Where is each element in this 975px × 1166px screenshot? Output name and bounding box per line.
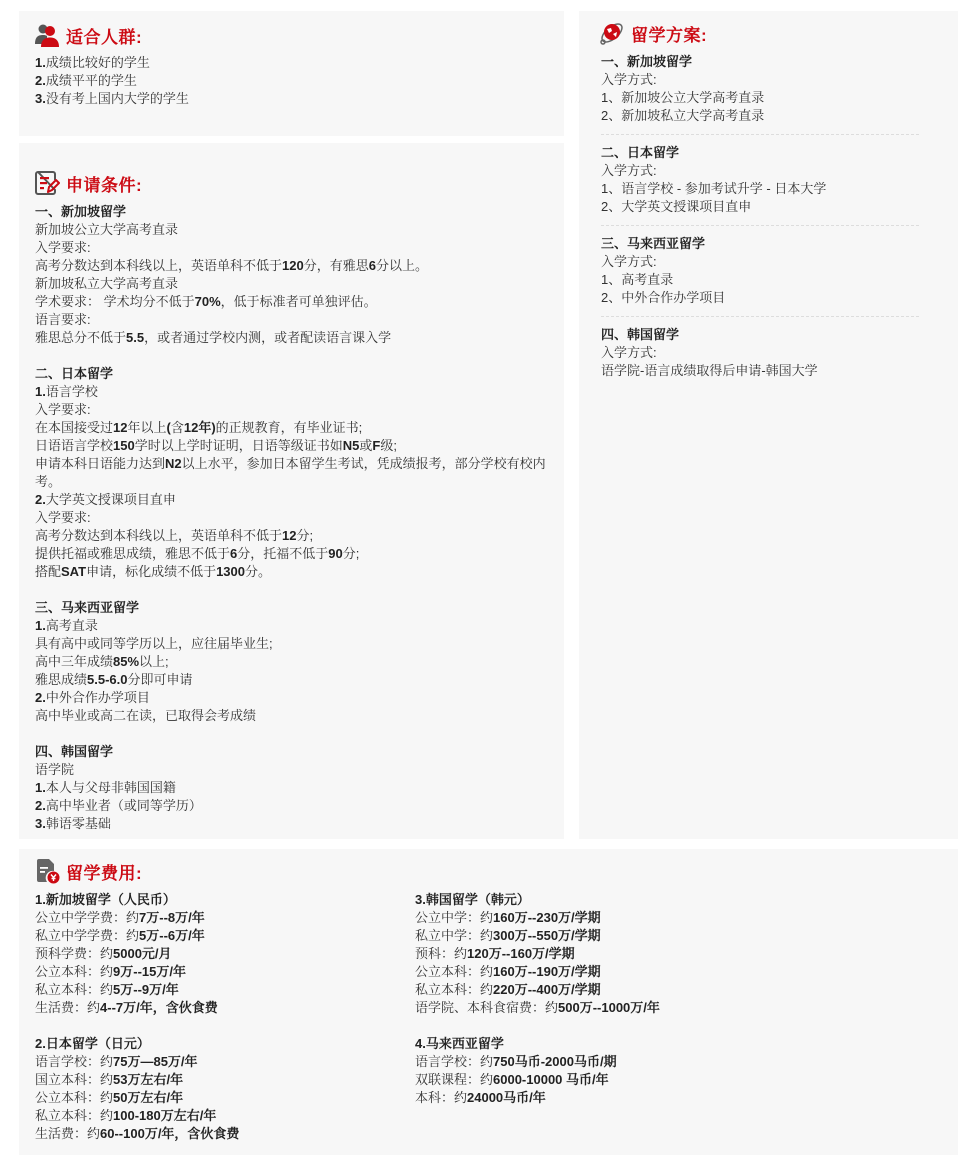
text-line: 申请本科日语能力达到N2以上水平，参加日本留学生考试，凭成绩报考，部分学校有校内… <box>35 455 555 491</box>
section-title: 四、韩国留学 <box>601 326 919 344</box>
section-title: 3.韩国留学（韩元） <box>415 891 775 909</box>
text-line: 新加坡私立大学高考直录 <box>35 275 555 293</box>
plans-body: 一、新加坡留学 入学方式: 1、新加坡公立大学高考直录 2、新加坡私立大学高考直… <box>601 53 919 398</box>
spacer <box>35 347 555 365</box>
costs-heading: 留学费用: <box>34 858 142 884</box>
text-line: 1、新加坡公立大学高考直录 <box>601 89 919 107</box>
text-line: 2.中外合作办学项目 <box>35 689 555 707</box>
section-title: 2.日本留学（日元） <box>35 1035 395 1053</box>
plan-group-japan: 二、日本留学 入学方式: 1、语言学校 - 参加考试升学 - 日本大学 2、大学… <box>601 144 919 226</box>
text-line: 搭配SAT申请，标化成绩不低于1300分。 <box>35 563 555 581</box>
plan-group-malaysia: 三、马来西亚留学 入学方式: 1、高考直录 2、中外合作办学项目 <box>601 235 919 317</box>
text-line: 高考分数达到本科线以上，英语单科不低于120分，有雅思6分以上。 <box>35 257 555 275</box>
text-line: 2、中外合作办学项目 <box>601 289 919 307</box>
plan-group-singapore: 一、新加坡留学 入学方式: 1、新加坡公立大学高考直录 2、新加坡私立大学高考直… <box>601 53 919 135</box>
text-line: 入学方式: <box>601 71 919 89</box>
text-line: 语言要求: <box>35 311 555 329</box>
audience-list: 1.成绩比较好的学生 2.成绩平平的学生 3.没有考上国内大学的学生 <box>35 54 189 108</box>
costs-column-left: 1.新加坡留学（人民币） 公立中学学费：约7万--8万/年 私立中学学费：约5万… <box>35 891 395 1161</box>
audience-title: 适合人群: <box>66 23 142 48</box>
cost-row: 语学院、本科食宿费：约500万--1000万/年 <box>415 999 775 1017</box>
text-line: 1、高考直录 <box>601 271 919 289</box>
text-line: 入学方式: <box>601 162 919 180</box>
cost-row: 国立本科：约53万左右/年 <box>35 1071 395 1089</box>
text-line: 在本国接受过12年以上(含12年)的正规教育，有毕业证书; <box>35 419 555 437</box>
text-line: 高中毕业或高二在读，已取得会考成绩 <box>35 707 555 725</box>
cost-row: 本科：约24000马币/年 <box>415 1089 775 1107</box>
section-title: 三、马来西亚留学 <box>35 599 555 617</box>
text-line: 日语语言学校150学时以上学时证明，日语等级证书如N5或F级; <box>35 437 555 455</box>
list-item: 2.高中毕业者（或同等学历） <box>35 797 555 815</box>
cost-row: 生活费：约60--100万/年，含伙食费 <box>35 1125 395 1143</box>
form-edit-icon <box>34 170 60 196</box>
costs-column-right: 3.韩国留学（韩元） 公立中学：约160万--230万/学期 私立中学：约300… <box>415 891 775 1125</box>
list-item: 3.没有考上国内大学的学生 <box>35 90 189 108</box>
cost-row: 公立本科：约50万左右/年 <box>35 1089 395 1107</box>
text-line: 2、新加坡私立大学高考直录 <box>601 107 919 125</box>
cost-row: 生活费：约4--7万/年，含伙食费 <box>35 999 395 1017</box>
text-line: 学术要求： 学术均分不低于70%，低于标准者可单独评估。 <box>35 293 555 311</box>
cost-row: 私立中学：约300万--550万/学期 <box>415 927 775 945</box>
requirements-title: 申请条件: <box>66 171 142 196</box>
text-line: 高中三年成绩85%以上; <box>35 653 555 671</box>
list-item: 1.本人与父母非韩国国籍 <box>35 779 555 797</box>
cost-row: 公立中学：约160万--230万/学期 <box>415 909 775 927</box>
text-line: 入学方式: <box>601 253 919 271</box>
requirements-panel: 申请条件: 一、新加坡留学 新加坡公立大学高考直录 入学要求: 高考分数达到本科… <box>19 143 564 839</box>
plan-group-korea: 四、韩国留学 入学方式: 语学院-语言成绩取得后申请-韩国大学 <box>601 326 919 389</box>
text-line: 入学要求: <box>35 239 555 257</box>
section-title: 二、日本留学 <box>601 144 919 162</box>
cost-row: 私立本科：约220万--400万/学期 <box>415 981 775 999</box>
text-line: 具有高中或同等学历以上，应往届毕业生; <box>35 635 555 653</box>
cost-row: 私立本科：约100-180万左右/年 <box>35 1107 395 1125</box>
fee-bill-icon <box>34 858 60 884</box>
cost-group-malaysia: 4.马来西亚留学 语言学校：约750马币-2000马币/期 双联课程：约6000… <box>415 1035 775 1107</box>
globe-plane-icon <box>599 20 625 46</box>
cost-row: 预科学费：约5000元/月 <box>35 945 395 963</box>
text-line: 新加坡公立大学高考直录 <box>35 221 555 239</box>
cost-row: 预科：约120万--160万/学期 <box>415 945 775 963</box>
section-title: 4.马来西亚留学 <box>415 1035 775 1053</box>
cost-row: 公立中学学费：约7万--8万/年 <box>35 909 395 927</box>
plans-title: 留学方案: <box>631 21 707 46</box>
text-line: 1.高考直录 <box>35 617 555 635</box>
text-line: 1、语言学校 - 参加考试升学 - 日本大学 <box>601 180 919 198</box>
section-title: 三、马来西亚留学 <box>601 235 919 253</box>
cost-row: 双联课程：约6000-10000 马币/年 <box>415 1071 775 1089</box>
plans-heading: 留学方案: <box>599 20 707 46</box>
cost-row: 公立本科：约160万--190万/学期 <box>415 963 775 981</box>
text-line: 入学要求: <box>35 401 555 419</box>
list-item: 2.成绩平平的学生 <box>35 72 189 90</box>
section-title: 一、新加坡留学 <box>35 203 555 221</box>
cost-row: 语言学校：约750马币-2000马币/期 <box>415 1053 775 1071</box>
text-line: 语学院 <box>35 761 555 779</box>
section-title: 四、韩国留学 <box>35 743 555 761</box>
cost-row: 私立本科：约5万--9万/年 <box>35 981 395 999</box>
text-line: 高考分数达到本科线以上，英语单科不低于12分; <box>35 527 555 545</box>
cost-row: 公立本科：约9万--15万/年 <box>35 963 395 981</box>
users-icon <box>34 22 60 48</box>
text-line: 提供托福或雅思成绩，雅思不低于6分，托福不低于90分; <box>35 545 555 563</box>
text-line: 入学方式: <box>601 344 919 362</box>
audience-panel: 适合人群: 1.成绩比较好的学生 2.成绩平平的学生 3.没有考上国内大学的学生 <box>19 11 564 136</box>
text-line: 语学院-语言成绩取得后申请-韩国大学 <box>601 362 919 380</box>
spacer <box>35 725 555 743</box>
cost-row: 语言学校：约75万—85万/年 <box>35 1053 395 1071</box>
costs-panel: 留学费用: 1.新加坡留学（人民币） 公立中学学费：约7万--8万/年 私立中学… <box>19 849 958 1155</box>
requirements-heading: 申请条件: <box>34 170 142 196</box>
plans-panel: 留学方案: 一、新加坡留学 入学方式: 1、新加坡公立大学高考直录 2、新加坡私… <box>579 11 958 839</box>
text-line: 1.语言学校 <box>35 383 555 401</box>
text-line: 入学要求: <box>35 509 555 527</box>
section-title: 二、日本留学 <box>35 365 555 383</box>
list-item: 3.韩语零基础 <box>35 815 555 833</box>
text-line: 2、大学英文授课项目直申 <box>601 198 919 216</box>
text-line: 2.大学英文授课项目直申 <box>35 491 555 509</box>
costs-title: 留学费用: <box>66 859 142 884</box>
section-title: 一、新加坡留学 <box>601 53 919 71</box>
list-item: 1.成绩比较好的学生 <box>35 54 189 72</box>
audience-heading: 适合人群: <box>34 22 142 48</box>
cost-group-korea: 3.韩国留学（韩元） 公立中学：约160万--230万/学期 私立中学：约300… <box>415 891 775 1017</box>
text-line: 雅思总分不低于5.5，或者通过学校内测，或者配读语言课入学 <box>35 329 555 347</box>
cost-group-singapore: 1.新加坡留学（人民币） 公立中学学费：约7万--8万/年 私立中学学费：约5万… <box>35 891 395 1017</box>
section-title: 1.新加坡留学（人民币） <box>35 891 395 909</box>
cost-group-japan: 2.日本留学（日元） 语言学校：约75万—85万/年 国立本科：约53万左右/年… <box>35 1035 395 1143</box>
spacer <box>35 581 555 599</box>
text-line: 雅思成绩5.5-6.0分即可申请 <box>35 671 555 689</box>
cost-row: 私立中学学费：约5万--6万/年 <box>35 927 395 945</box>
requirements-body: 一、新加坡留学 新加坡公立大学高考直录 入学要求: 高考分数达到本科线以上，英语… <box>35 203 555 833</box>
